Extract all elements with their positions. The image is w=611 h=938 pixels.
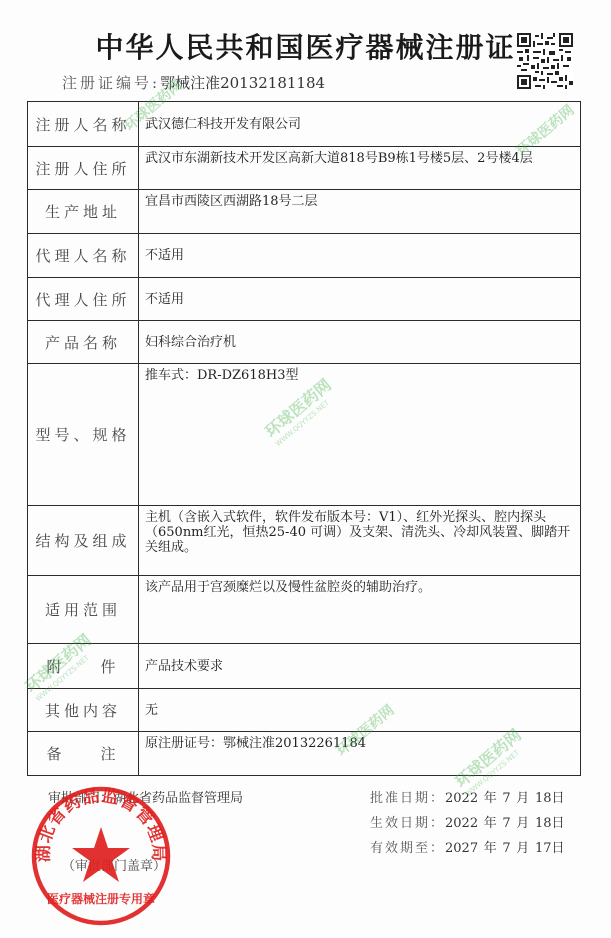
table-row: 产品名称 妇科综合治疗机 bbox=[28, 321, 581, 364]
expiry-date: 有效期至：2027 年 7 月 17日 bbox=[370, 837, 565, 862]
row-label: 其他内容 bbox=[28, 689, 139, 732]
row-label: 型号、规格 bbox=[28, 364, 139, 506]
row-label: 结构及组成 bbox=[28, 506, 139, 576]
row-value: 推车式：DR-DZ618H3型 bbox=[139, 364, 581, 506]
row-value: 原注册证号：鄂械注准20132261184 bbox=[139, 732, 581, 776]
table-row: 适用范围 该产品用于宫颈糜烂以及慢性盆腔炎的辅助治疗。 bbox=[28, 576, 581, 644]
official-seal-icon: 湖北省药品监督管理局 医疗器械注册专用章 bbox=[30, 785, 172, 927]
table-row: 代理人住所 不适用 bbox=[28, 278, 581, 321]
row-label: 备 注 bbox=[28, 732, 139, 776]
row-label: 代理人住所 bbox=[28, 278, 139, 321]
table-row: 注册人住所 武汉市东湖新技术开发区高新大道818号B9栋1号楼5层、2号楼4层 bbox=[28, 147, 581, 190]
row-label: 附 件 bbox=[28, 644, 139, 689]
row-value: 宜昌市西陵区西湖路18号二层 bbox=[139, 190, 581, 234]
row-value: 武汉德仁科技开发有限公司 bbox=[139, 102, 581, 147]
row-value: 该产品用于宫颈糜烂以及慢性盆腔炎的辅助治疗。 bbox=[139, 576, 581, 644]
certificate-page: 中华人民共和国医疗器械注册证 注册证编号:鄂械注准20132181184 bbox=[0, 0, 611, 938]
row-value: 不适用 bbox=[139, 234, 581, 278]
row-value: 武汉市东湖新技术开发区高新大道818号B9栋1号楼5层、2号楼4层 bbox=[139, 147, 581, 190]
table-row: 结构及组成 主机（含嵌入式软件，软件发布版本号：V1）、红外光探头、腔内探头（6… bbox=[28, 506, 581, 576]
row-value: 妇科综合治疗机 bbox=[139, 321, 581, 364]
table-row: 型号、规格 推车式：DR-DZ618H3型 bbox=[28, 364, 581, 506]
row-value: 产品技术要求 bbox=[139, 644, 581, 689]
effective-date: 生效日期：2022 年 7 月 18日 bbox=[370, 812, 565, 837]
cert-number-line: 注册证编号:鄂械注准20132181184 bbox=[62, 72, 325, 93]
row-label: 生产地址 bbox=[28, 190, 139, 234]
row-value: 无 bbox=[139, 689, 581, 732]
row-label: 注册人名称 bbox=[28, 102, 139, 147]
dates-block: 批准日期：2022 年 7 月 18日 生效日期：2022 年 7 月 18日 … bbox=[370, 787, 565, 862]
table-row: 附 件 产品技术要求 bbox=[28, 644, 581, 689]
seal-bottom-text: 医疗器械注册专用章 bbox=[47, 891, 155, 906]
table-row: 代理人名称 不适用 bbox=[28, 234, 581, 278]
row-label: 适用范围 bbox=[28, 576, 139, 644]
row-value: 主机（含嵌入式软件，软件发布版本号：V1）、红外光探头、腔内探头（650nm红光… bbox=[139, 506, 581, 576]
table-row: 生产地址 宜昌市西陵区西湖路18号二层 bbox=[28, 190, 581, 234]
table-row: 其他内容 无 bbox=[28, 689, 581, 732]
row-value: 不适用 bbox=[139, 278, 581, 321]
table-row: 注册人名称 武汉德仁科技开发有限公司 bbox=[28, 102, 581, 147]
row-label: 注册人住所 bbox=[28, 147, 139, 190]
table-row: 备 注 原注册证号：鄂械注准20132261184 bbox=[28, 732, 581, 776]
row-label: 产品名称 bbox=[28, 321, 139, 364]
cert-number-value: 鄂械注准20132181184 bbox=[160, 74, 325, 92]
approval-date: 批准日期：2022 年 7 月 18日 bbox=[370, 787, 565, 812]
registration-table: 注册人名称 武汉德仁科技开发有限公司 注册人住所 武汉市东湖新技术开发区高新大道… bbox=[27, 101, 581, 776]
qr-code-icon bbox=[517, 33, 573, 89]
row-label: 代理人名称 bbox=[28, 234, 139, 278]
cert-number-label: 注册证编号: bbox=[62, 74, 160, 92]
